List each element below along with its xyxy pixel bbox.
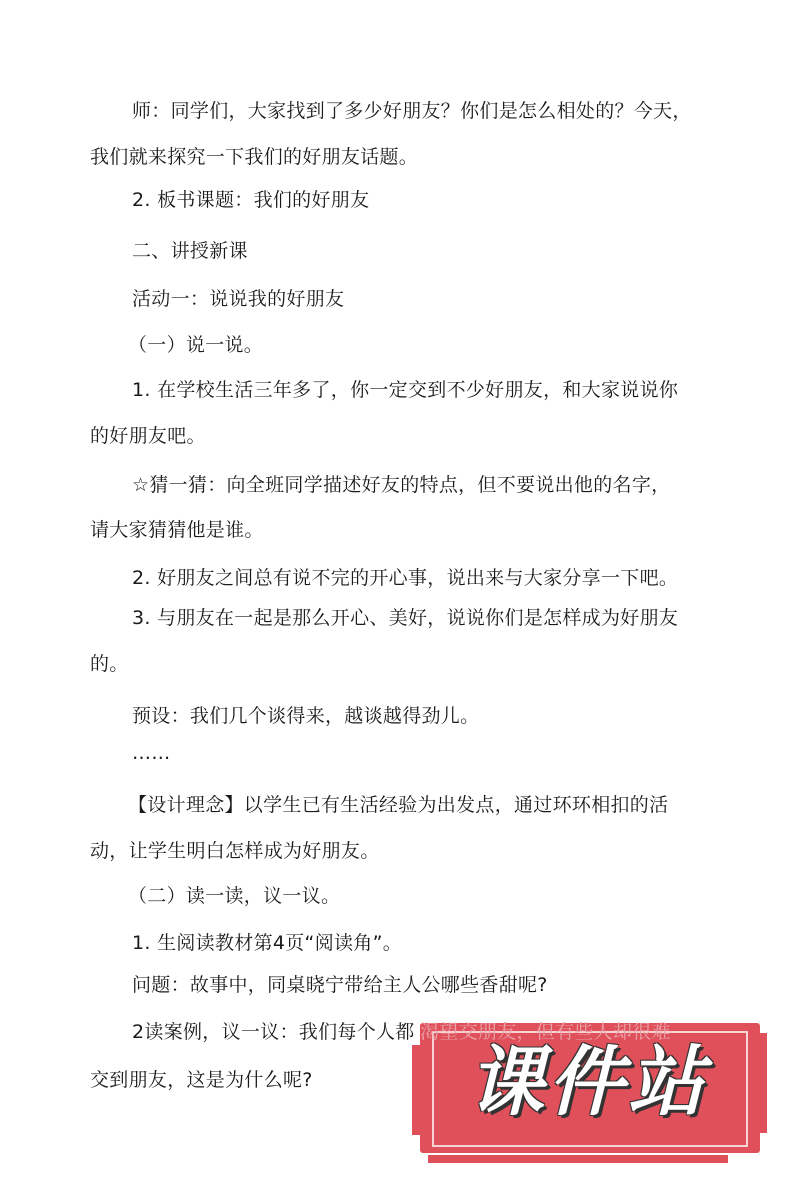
paragraph-question-3-cont: 的。 (90, 651, 129, 677)
stamp-edge-left (412, 1045, 420, 1135)
watermark-text: 课件站 (438, 1037, 738, 1127)
stamp-edge-right (760, 1033, 767, 1133)
paragraph-question: 问题：故事中，同桌晓宁带给主人公哪些香甜呢? (132, 972, 548, 998)
paragraph-guess-cont: 请大家猜猜他是谁。 (90, 517, 264, 543)
subsection-heading-2: （二）读一读，议一议。 (128, 883, 340, 909)
paragraph-question-2: 2. 好朋友之间总有说不完的开心事，说出来与大家分享一下吧。 (132, 565, 678, 591)
paragraph-guess: ☆猜一猜：向全班同学描述好友的特点，但不要说出他的名字， (132, 472, 670, 498)
obscured-text: 渴望交朋友，但有些人却很难 (420, 1019, 671, 1045)
paragraph-design-concept: 【设计理念】以学生已有生活经验为出发点，通过环环相扣的活 (128, 792, 668, 818)
activity-heading: 活动一：说说我的好朋友 (132, 286, 344, 312)
paragraph-design-concept-cont: 动，让学生明白怎样成为好朋友。 (90, 838, 380, 864)
paragraph-case-2: 2读案例，议一议：我们每个人都 (132, 1019, 415, 1045)
subsection-heading: （一）说一说。 (128, 332, 263, 358)
paragraph-teacher-intro: 师：同学们，大家找到了多少好朋友？你们是怎么相处的？今天， (132, 98, 692, 124)
paragraph-ellipsis: …… (132, 740, 171, 766)
paragraph-question-1: 1. 在学校生活三年多了，你一定交到不少好朋友，和大家说说你 (132, 377, 678, 403)
paragraph-preset: 预设：我们几个谈得来，越谈越得劲儿。 (132, 703, 479, 729)
paragraph-teacher-intro-cont: 我们就来探究一下我们的好朋友话题。 (90, 144, 418, 170)
paragraph-case-2-cont: 交到朋友，这是为什么呢? (90, 1067, 313, 1093)
paragraph-board-title: 2. 板书课题：我们的好朋友 (132, 187, 369, 213)
paragraph-question-3: 3. 与朋友在一起是那么开心、美好，说说你们是怎样成为好朋友 (132, 605, 678, 631)
paragraph-question-1-cont: 的好朋友吧。 (90, 423, 206, 449)
section-heading: 二、讲授新课 (132, 238, 248, 264)
stamp-edge-bottom (428, 1155, 728, 1163)
paragraph-read-1: 1. 生阅读教材第4页“阅读角”。 (132, 930, 402, 956)
